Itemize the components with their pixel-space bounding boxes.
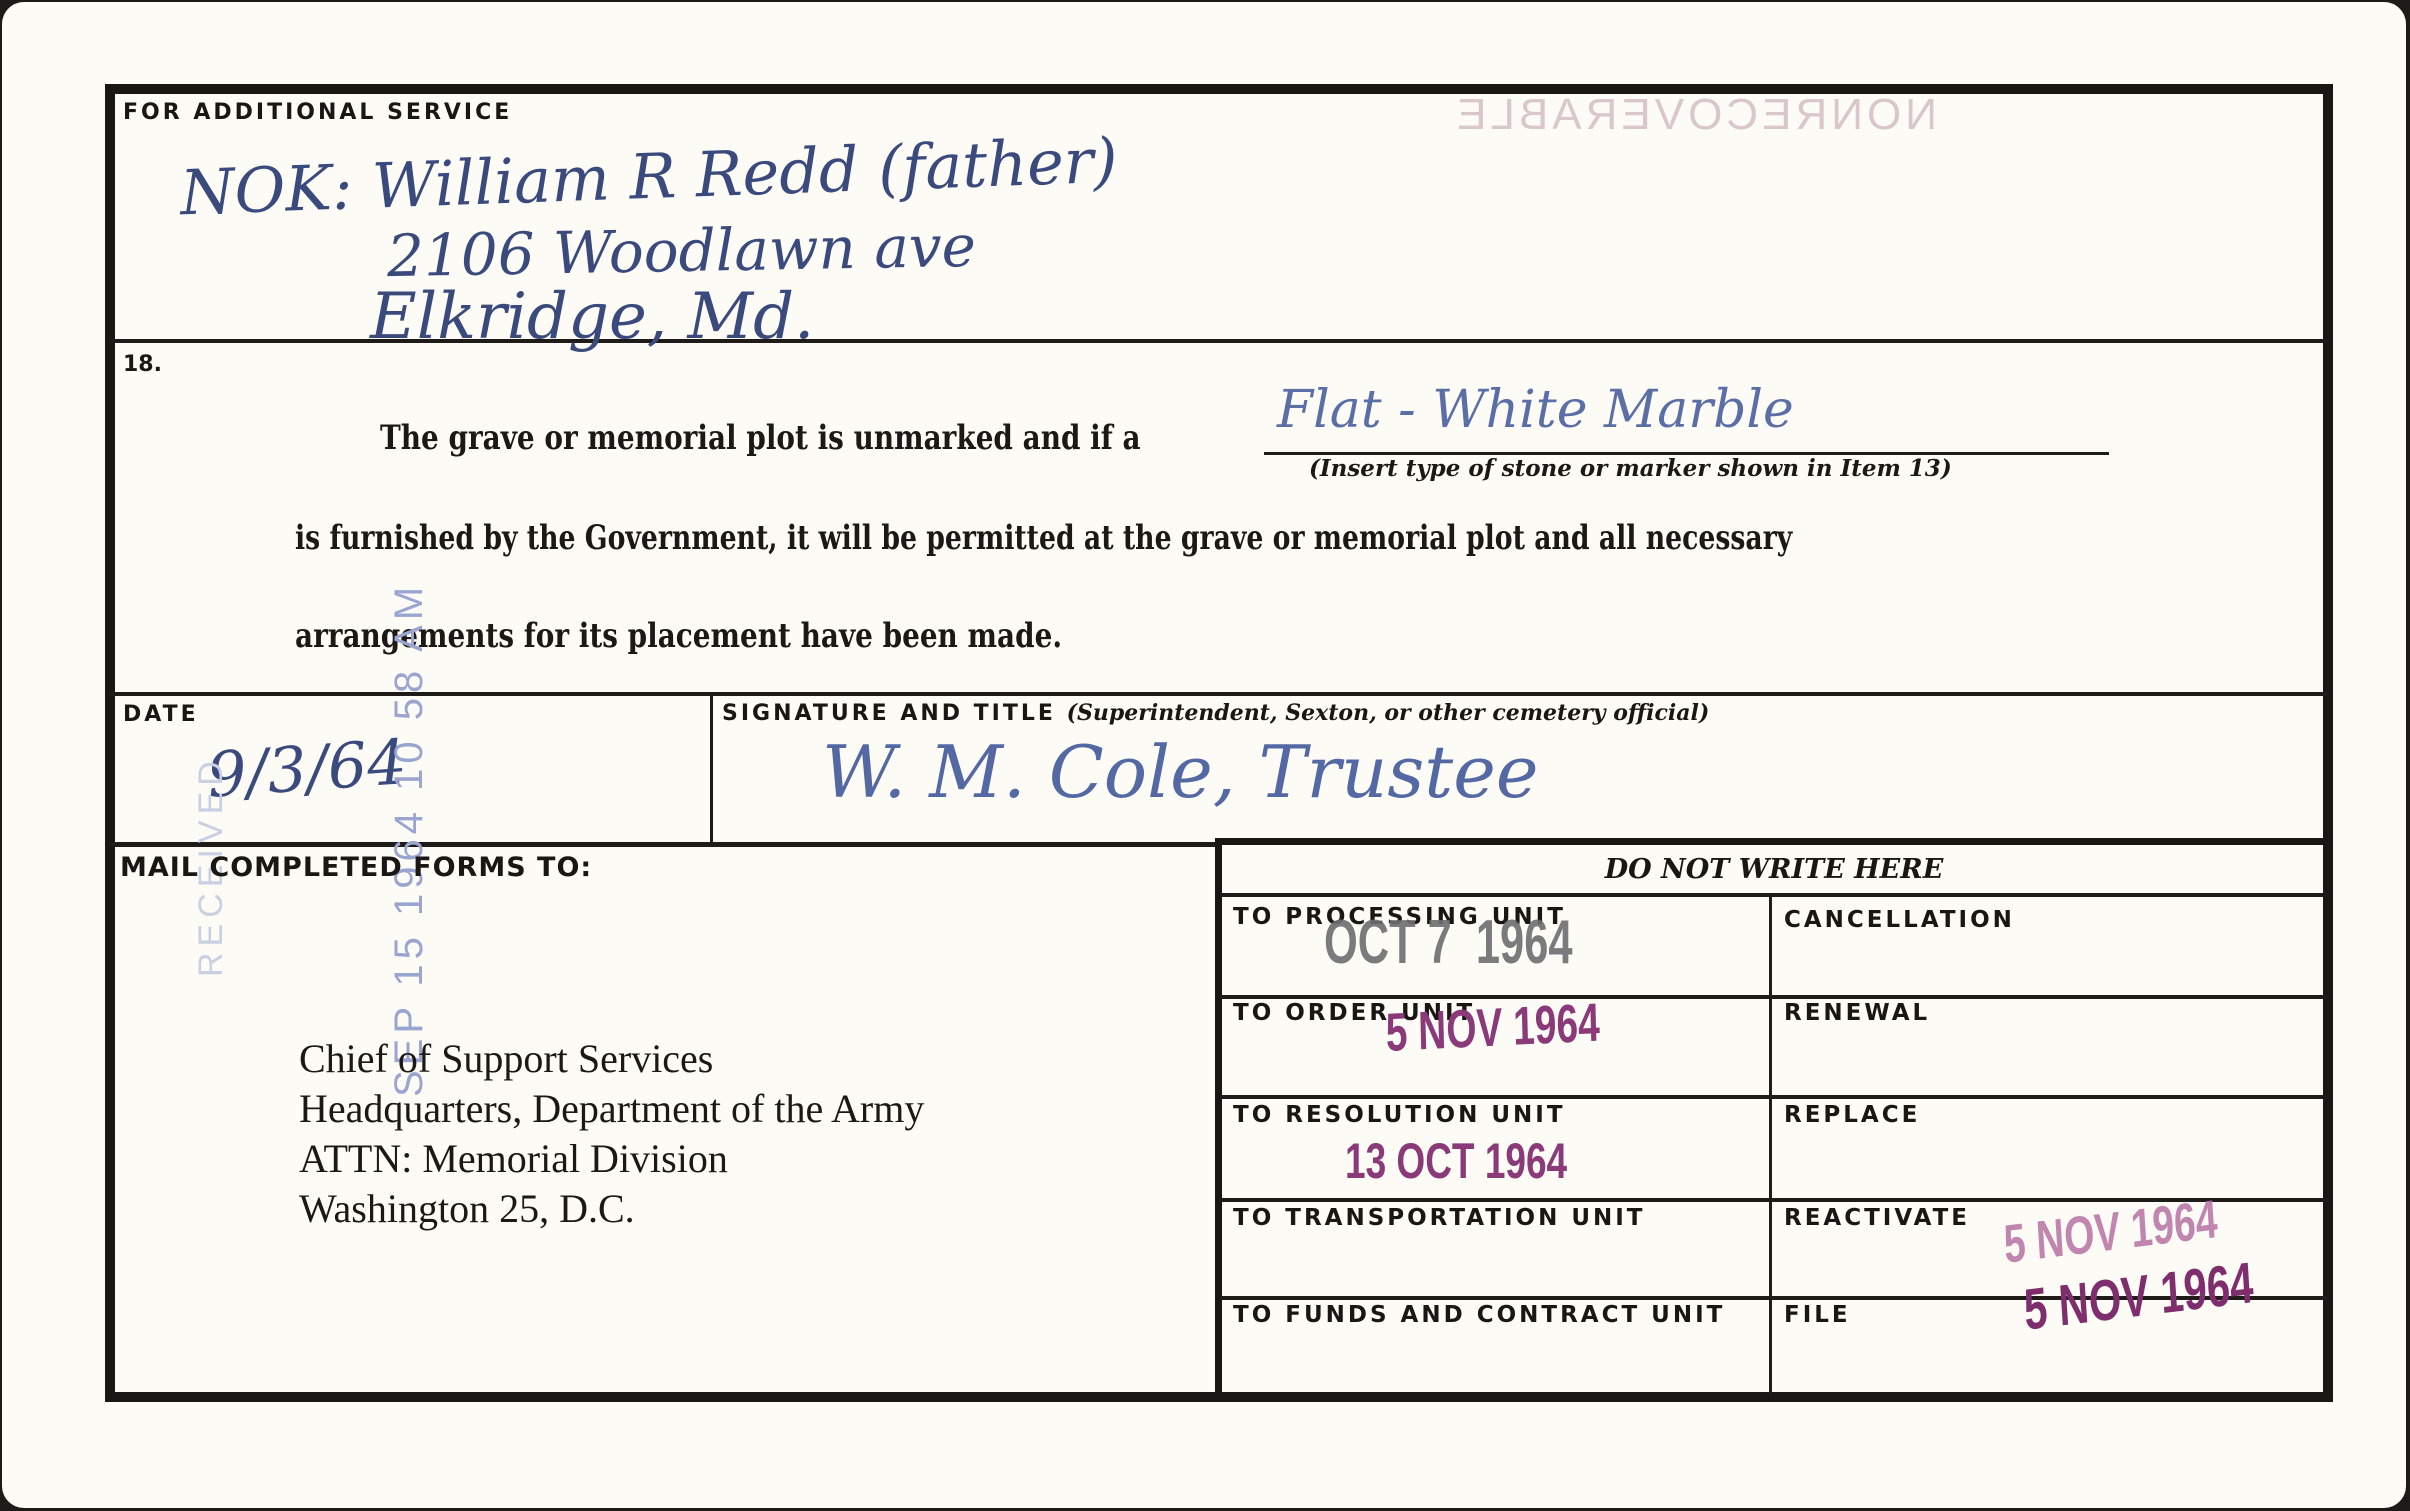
stamp-order: 5 NOV 1964	[1385, 992, 1600, 1064]
cell-reactivate: REACTIVATE	[1784, 1205, 1970, 1231]
address-line: Washington 25, D.C.	[299, 1184, 924, 1234]
item18-number: 18.	[123, 352, 162, 377]
item18-line1: The grave or memorial plot is unmarked a…	[380, 418, 1141, 458]
received-date-stamp: SEP 15 1964 10 58 AM	[387, 582, 432, 1097]
cell-funds-contract-unit: TO FUNDS AND CONTRACT UNIT	[1233, 1302, 1725, 1328]
mail-address: Chief of Support Services Headquarters, …	[299, 1034, 924, 1234]
stamp-processing: OCT 7 1964	[1324, 907, 1572, 978]
marker-type-field[interactable]: Flat - White Marble	[1277, 380, 1794, 440]
stamp-resolution: 13 OCT 1964	[1345, 1132, 1567, 1190]
signature-label-note: (Superintendent, Sexton, or other cemete…	[1067, 700, 1710, 726]
document-card: NONRECOVERABLE FOR ADDITIONAL SERVICE NO…	[2, 2, 2406, 1508]
office-use-header: DO NOT WRITE HERE	[1222, 854, 2326, 885]
cell-cancellation: CANCELLATION	[1784, 907, 2015, 933]
date-field[interactable]: 9/3/64	[205, 725, 409, 812]
date-label: DATE	[123, 702, 199, 727]
address-line: Headquarters, Department of the Army	[299, 1084, 924, 1134]
rule-item18-bottom	[110, 692, 2328, 696]
rule-date-bottom	[110, 842, 1220, 847]
rule-office-row2	[1220, 1095, 2328, 1099]
additional-service-label: FOR ADDITIONAL SERVICE	[123, 100, 512, 125]
rule-office-header	[1220, 893, 2328, 897]
cell-file: FILE	[1784, 1302, 1851, 1328]
signature-label: SIGNATURE AND TITLE (Superintendent, Sex…	[722, 700, 1709, 726]
marker-caption: (Insert type of stone or marker shown in…	[1309, 455, 1952, 482]
nok-address-line[interactable]: 2106 Woodlawn ave	[386, 212, 976, 290]
signature-field[interactable]: W. M. Cole, Trustee	[822, 730, 1538, 814]
cell-replace: REPLACE	[1784, 1102, 1920, 1128]
address-line: Chief of Support Services	[299, 1034, 924, 1084]
rule-office-row1	[1220, 995, 2328, 999]
cell-transportation-unit: TO TRANSPORTATION UNIT	[1233, 1205, 1646, 1231]
rule-date-divider	[710, 694, 713, 844]
nok-city-line[interactable]: Elkridge, Md.	[370, 280, 814, 354]
rule-office-divider	[1769, 895, 1772, 1395]
signature-label-text: SIGNATURE AND TITLE	[722, 701, 1056, 726]
address-line: ATTN: Memorial Division	[299, 1134, 924, 1184]
item18-line2: is furnished by the Government, it will …	[295, 518, 1792, 558]
mail-to-label: MAIL COMPLETED FORMS TO:	[120, 852, 592, 883]
cell-resolution-unit: TO RESOLUTION UNIT	[1233, 1102, 1566, 1128]
cell-renewal: RENEWAL	[1784, 1000, 1930, 1026]
